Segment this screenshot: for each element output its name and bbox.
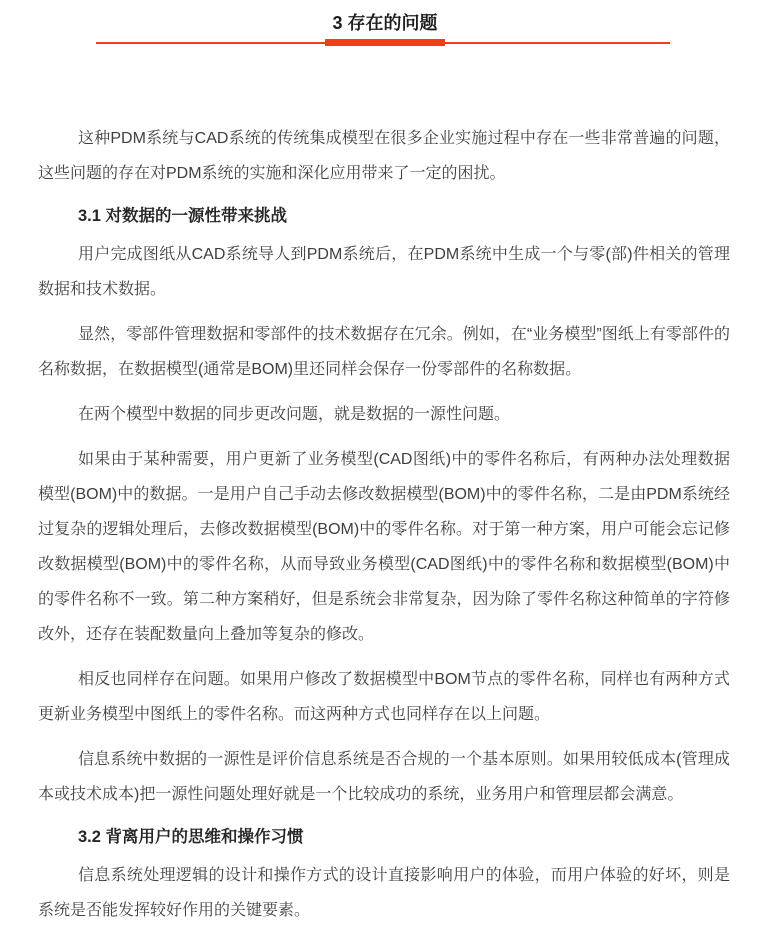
paragraph: 相反也同样存在问题。如果用户修改了数据模型中BOM节点的零件名称，同样也有两种方… [38, 662, 730, 732]
article-page: 3 存在的问题 这种PDM系统与CAD系统的传统集成模型在很多企业实施过程中存在… [0, 0, 770, 927]
paragraph: 如果由于某种需要，用户更新了业务模型(CAD图纸)中的零件名称后，有两种办法处理… [38, 442, 730, 652]
paragraph: 在两个模型中数据的同步更改问题，就是数据的一源性问题。 [38, 397, 730, 432]
paragraph: 显然，零部件管理数据和零部件的技术数据存在冗余。例如，在“业务模型”图纸上有零部… [38, 317, 730, 387]
paragraph-intro: 这种PDM系统与CAD系统的传统集成模型在很多企业实施过程中存在一些非常普遍的问… [38, 121, 730, 191]
section-heading-3-2: 3.2 背离用户的思维和操作习惯 [38, 822, 730, 852]
title-divider [0, 39, 770, 47]
paragraph: 信息系统中数据的一源性是评价信息系统是否合规的一个基本原则。如果用较低成本(管理… [38, 742, 730, 812]
article-body: 这种PDM系统与CAD系统的传统集成模型在很多企业实施过程中存在一些非常普遍的问… [38, 121, 730, 927]
page-title: 3 存在的问题 [0, 0, 770, 34]
paragraph: 用户完成图纸从CAD系统导人到PDM系统后，在PDM系统中生成一个与零(部)件相… [38, 237, 730, 307]
paragraph: 信息系统处理逻辑的设计和操作方式的设计直接影响用户的体验，而用户体验的好坏，则是… [38, 858, 730, 927]
divider-accent-bar [325, 39, 445, 46]
section-heading-3-1: 3.1 对数据的一源性带来挑战 [38, 201, 730, 231]
